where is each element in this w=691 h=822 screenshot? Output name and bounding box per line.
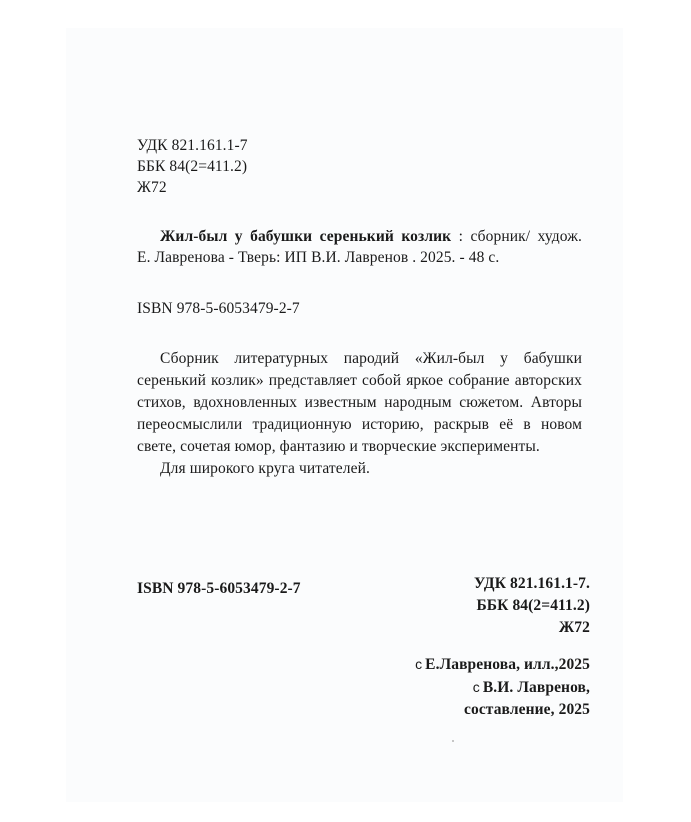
classification-codes-bottom: УДК 821.161.1-7. ББК 84(2=411.2) Ж72	[474, 573, 590, 639]
udk-code: УДК 821.161.1-7	[137, 135, 248, 156]
author-mark-bottom: Ж72	[474, 617, 590, 639]
bbk-code-bottom: ББК 84(2=411.2)	[474, 595, 590, 617]
bbk-code: ББК 84(2=411.2)	[137, 156, 248, 177]
book-subtitle: : сборник/ худож.	[451, 228, 582, 245]
copyright-illustrator: Е.Лавренова, илл.,2025	[425, 656, 590, 673]
bib-line-2: Е. Лавренова - Тверь: ИП В.И. Лавренов .…	[137, 247, 582, 268]
copyright-compiler: В.И. Лавренов,	[483, 679, 590, 696]
classification-codes-top: УДК 821.161.1-7 ББК 84(2=411.2) Ж72	[137, 135, 248, 198]
copyright-line-3: составление, 2025	[415, 699, 590, 721]
copyright-block: сЕ.Лавренова, илл.,2025 сВ.И. Лавренов, …	[415, 653, 590, 721]
udk-code-bottom: УДК 821.161.1-7.	[474, 573, 590, 595]
bibliographic-record: Жил-был у бабушки серенький козлик : сбо…	[137, 226, 582, 268]
copyright-line-2: сВ.И. Лавренов,	[415, 676, 590, 699]
copyright-line-1: сЕ.Лавренова, илл.,2025	[415, 653, 590, 676]
copyright-icon: с	[473, 679, 480, 695]
isbn-top: ISBN 978-5-6053479-2-7	[137, 298, 300, 319]
annotation: Сборник литературных пародий «Жил-был у …	[137, 348, 582, 480]
bib-line-1: Жил-был у бабушки серенький козлик : сбо…	[137, 226, 582, 247]
annotation-paragraph-1: Сборник литературных пародий «Жил-был у …	[137, 348, 582, 458]
annotation-paragraph-2: Для широкого круга читателей.	[137, 458, 582, 480]
print-speck	[452, 740, 454, 742]
author-mark: Ж72	[137, 177, 248, 198]
book-title: Жил-был у бабушки серенький козлик	[160, 228, 451, 245]
copyright-icon: с	[415, 656, 422, 672]
isbn-bottom: ISBN 978-5-6053479-2-7	[137, 578, 301, 599]
